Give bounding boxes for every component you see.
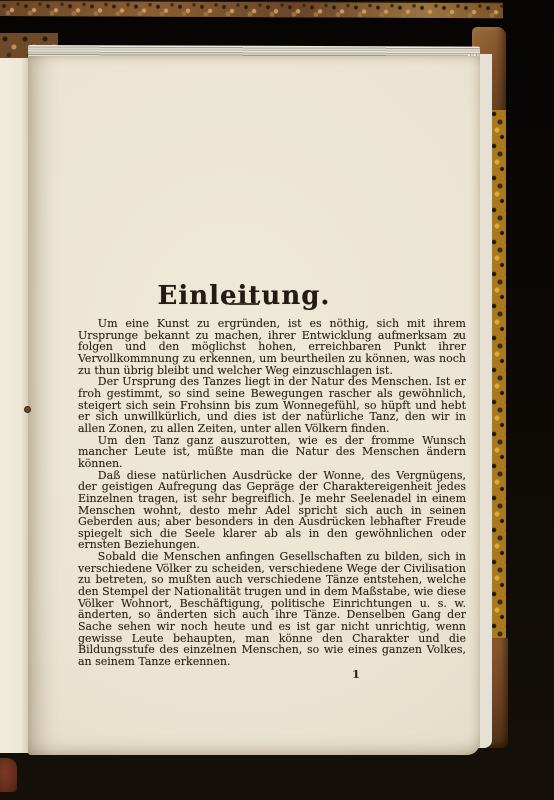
marbled-right-board-edge [491,110,506,655]
paragraph: Daß diese natürlichen Ausdrücke der Wonn… [78,470,466,552]
paragraph: Der Ursprung des Tanzes liegt in der Nat… [78,376,466,434]
book-page: Einleitung. Um eine Kunst zu ergründen, … [28,56,480,755]
paragraph: Um den Tanz ganz auszurotten, wie es der… [78,435,466,470]
paragraph: Sobald die Menschen anfingen Gesellschaf… [78,551,466,668]
marbled-top-edge [0,0,503,18]
book-page-photo: Einleitung. Um eine Kunst zu ergründen, … [0,0,554,800]
heading-divider-rule [229,303,259,305]
chapter-heading: Einleitung. [28,281,460,311]
body-text: Um eine Kunst zu ergründen, ist es nöthi… [78,318,466,668]
page-number: 1 [338,667,374,681]
leather-bit-bottom-left [0,758,17,792]
paragraph: Um eine Kunst zu ergründen, ist es nöthi… [78,318,466,376]
paper-speck [457,334,460,337]
wormhole-speck [24,406,31,413]
